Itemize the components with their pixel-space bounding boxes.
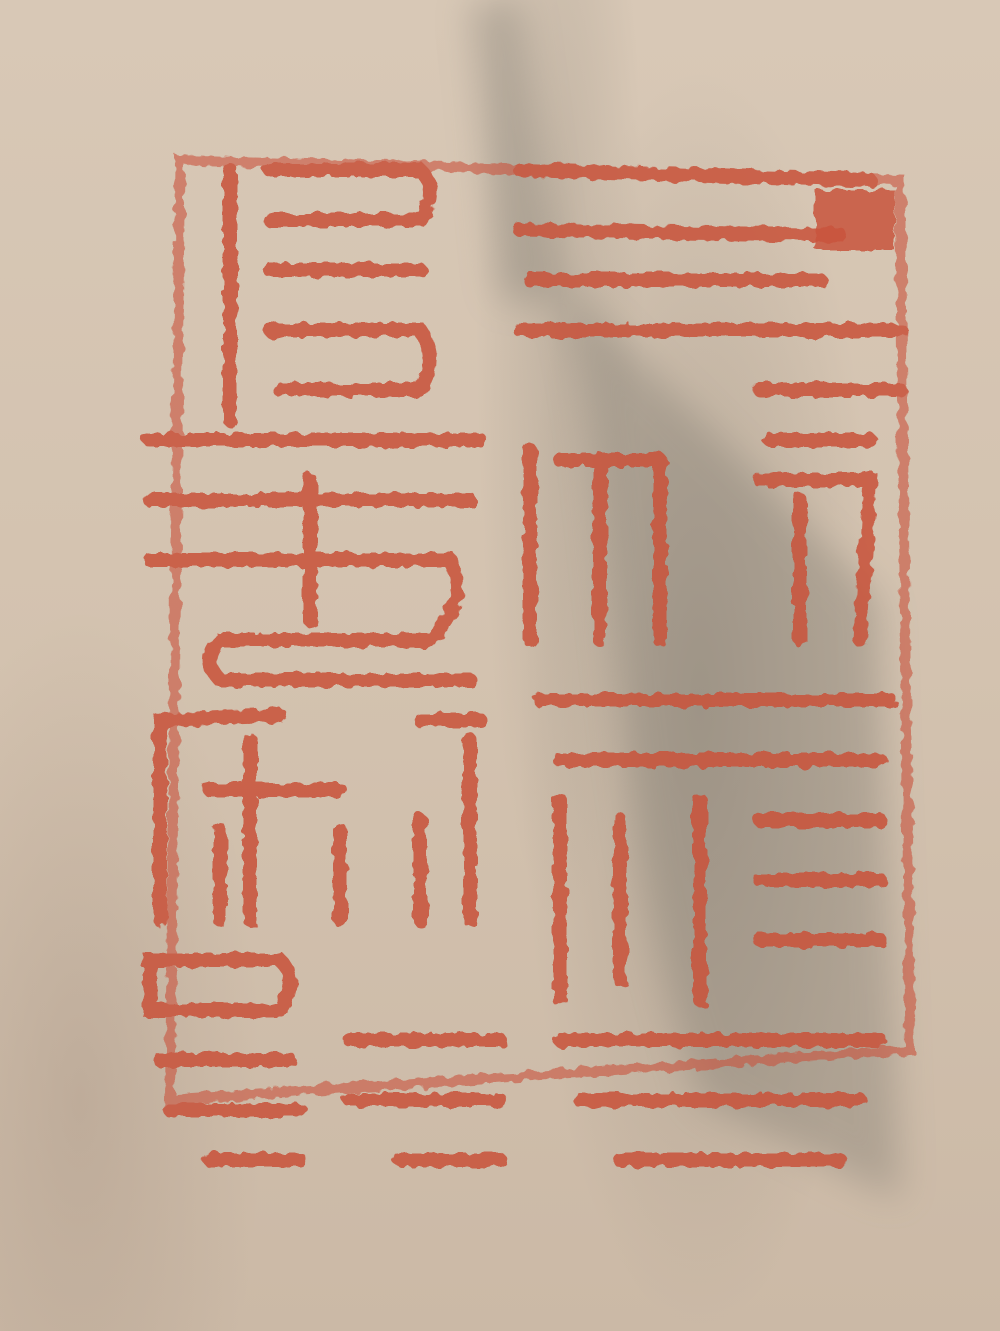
- seal-impression: [0, 0, 1000, 1331]
- paper-background: [0, 0, 1000, 1331]
- ink-blot: [815, 190, 895, 250]
